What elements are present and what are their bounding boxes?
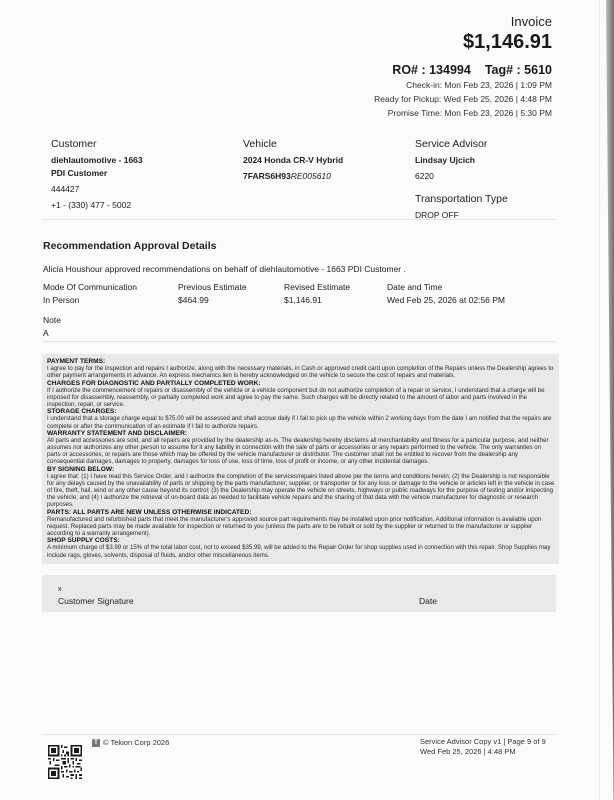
terms-heading: PARTS: ALL PARTS ARE NEW UNLESS OTHERWIS… (47, 509, 555, 516)
detail-value: $1,146.91 (284, 294, 387, 307)
transportation-type-value: DROP OFF (415, 209, 508, 222)
detail-label: Mode Of Communication (43, 281, 178, 294)
customer-label: Customer (51, 138, 143, 151)
vin-prefix: 7FARS6H93 (243, 171, 291, 181)
terms-body: If I authorize the commencement of repai… (47, 387, 555, 408)
footer-brand: T © Tekion Corp 2026 (92, 738, 169, 747)
terms-heading: WARRANTY STATEMENT AND DISCLAIMER: (47, 430, 555, 437)
mode-of-communication: Mode Of Communication In Person (43, 281, 178, 307)
terms-body: I agree that: (1) I have read this Servi… (47, 473, 555, 509)
vehicle-label: Vehicle (243, 138, 343, 151)
recommendation-description: Alicia Houshour approved recommendations… (43, 263, 563, 275)
ready-for-pickup-time: Ready for Pickup: Wed Feb 25, 2026 | 4:4… (374, 92, 552, 106)
footer-divider (42, 734, 556, 735)
signature-x-mark: x (58, 586, 62, 593)
customer-id: 444427 (51, 183, 143, 196)
terms-heading: BY SIGNING BELOW: (47, 466, 555, 473)
terms-heading: STORAGE CHARGES: (47, 408, 555, 415)
document-title: Invoice (374, 14, 552, 30)
detail-value: In Person (43, 294, 178, 307)
vehicle-section: Vehicle 2024 Honda CR-V Hybrid 7FARS6H93… (243, 138, 343, 183)
terms-body: I understand that a storage charge equal… (47, 415, 555, 429)
service-advisor-name: Lindsay Ujcich (415, 154, 508, 167)
vehicle-description: 2024 Honda CR-V Hybrid (243, 154, 343, 167)
service-advisor-section: Service Advisor Lindsay Ujcich 6220 Tran… (415, 138, 508, 222)
detail-label: Previous Estimate (178, 281, 284, 294)
tekion-logo-icon: T (92, 739, 100, 747)
scan-edge-line (599, 0, 600, 800)
qr-code-icon (48, 745, 82, 779)
detail-label: Revised Estimate (284, 281, 387, 294)
customer-name-line1: diehlautomotive - 1663 (51, 154, 143, 167)
customer-name-line2: PDI Customer (51, 167, 143, 180)
customer-phone: +1 - (330) 477 - 5002 (51, 199, 143, 212)
detail-value: $464.99 (178, 294, 284, 307)
ro-tag-line: RO# : 134994Tag# : 5610 (374, 62, 552, 78)
ro-number: RO# : 134994 (392, 63, 471, 77)
promise-time: Promise Time: Mon Feb 23, 2026 | 5:30 PM (374, 106, 552, 120)
recommendation-approval-section: Recommendation Approval Details Alicia H… (43, 240, 563, 340)
check-in-time: Check-in: Mon Feb 23, 2026 | 1:09 PM (374, 78, 552, 92)
note-value: A (43, 327, 563, 340)
scan-edge-shadow (606, 0, 614, 800)
note-label: Note (43, 314, 563, 327)
invoice-header: Invoice $1,146.91 RO# : 134994Tag# : 561… (374, 14, 552, 120)
tag-number: Tag# : 5610 (485, 63, 552, 77)
signature-box: x Customer Signature Date (42, 575, 556, 612)
section-divider (42, 219, 556, 220)
footer-copy-info: Service Advisor Copy v1 | Page 9 of 9 We… (420, 737, 546, 757)
vin-suffix: RE005610 (291, 171, 331, 181)
terms-body: All parts and accessories are sold, and … (47, 437, 555, 466)
customer-section: Customer diehlautomotive - 1663 PDI Cust… (51, 138, 143, 212)
previous-estimate: Previous Estimate $464.99 (178, 281, 284, 307)
recommendation-details: Mode Of Communication In Person Previous… (43, 281, 563, 307)
detail-value: Wed Feb 25, 2026 at 02:56 PM (387, 294, 505, 307)
invoice-total: $1,146.91 (374, 30, 552, 54)
printed-timestamp: Wed Feb 25, 2026 | 4:48 PM (420, 747, 546, 757)
customer-signature-label: Customer Signature (58, 596, 134, 606)
recommendation-title: Recommendation Approval Details (43, 240, 563, 253)
terms-heading: SHOP SUPPLY COSTS: (47, 537, 555, 544)
terms-heading: PAYMENT TERMS: (47, 358, 555, 365)
service-advisor-id: 6220 (415, 170, 508, 183)
transportation-type-label: Transportation Type (415, 193, 508, 206)
copyright-text: © Tekion Corp 2026 (103, 738, 169, 747)
recommendation-note: Note A (43, 314, 563, 340)
terms-body: I agree to pay for the inspection and re… (47, 365, 555, 379)
section-divider (42, 341, 556, 342)
approval-date-time: Date and Time Wed Feb 25, 2026 at 02:56 … (387, 281, 505, 307)
terms-heading: CHARGES FOR DIAGNOSTIC AND PARTIALLY COM… (47, 380, 555, 387)
terms-and-conditions: PAYMENT TERMS: I agree to pay for the in… (42, 354, 559, 564)
service-advisor-label: Service Advisor (415, 138, 508, 151)
vehicle-vin: 7FARS6H93RE005610 (243, 170, 343, 183)
signature-date-label: Date (419, 596, 437, 606)
detail-label: Date and Time (387, 281, 505, 294)
copy-page-info: Service Advisor Copy v1 | Page 9 of 9 (420, 737, 546, 747)
terms-body: A minimum charge of $3.99 or 15% of the … (47, 544, 555, 558)
revised-estimate: Revised Estimate $1,146.91 (284, 281, 387, 307)
terms-body: Remanufactured and refurbished parts tha… (47, 516, 555, 537)
